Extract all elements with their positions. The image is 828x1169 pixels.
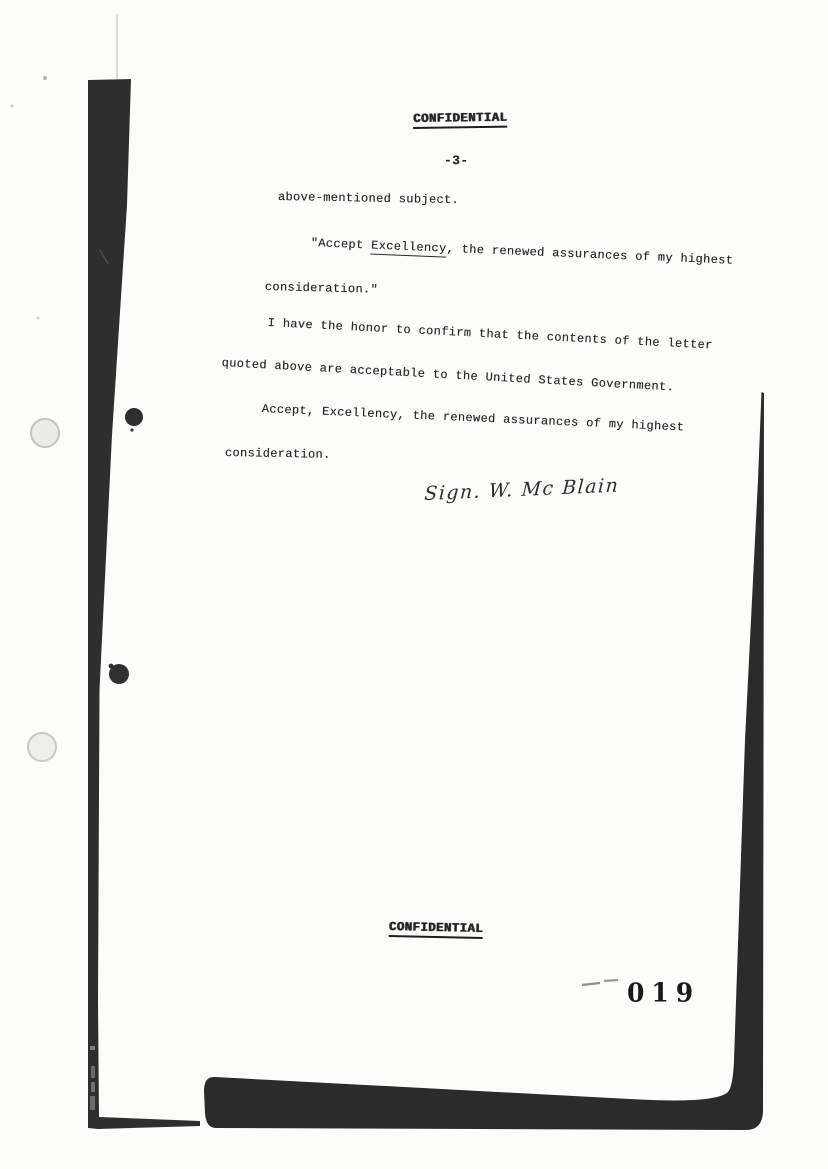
body-line: consideration." bbox=[265, 280, 379, 297]
body-line: consideration. bbox=[225, 446, 331, 462]
pencil-dash bbox=[582, 983, 600, 985]
scan-speck bbox=[37, 317, 40, 320]
scan-faint-line bbox=[116, 14, 118, 80]
scan-border-bottom-right bbox=[204, 392, 764, 1130]
scan-artifacts-layer bbox=[0, 0, 828, 1169]
handwritten-signature: Sign. W. Mc Blain bbox=[424, 474, 620, 505]
scanned-document-page: CONFIDENTIAL -3- above-mentioned subject… bbox=[0, 0, 828, 1169]
pencil-dash bbox=[604, 980, 618, 981]
scan-speck bbox=[11, 105, 14, 108]
scan-strip-marks bbox=[90, 1046, 95, 1110]
scan-scratch bbox=[100, 250, 108, 264]
body-line: Accept, Excellency, the renewed assuranc… bbox=[261, 402, 684, 434]
body-line: "Accept Excellency, the renewed assuranc… bbox=[310, 236, 733, 268]
classification-header: CONFIDENTIAL bbox=[413, 111, 507, 129]
scan-strip-left bbox=[88, 79, 200, 1129]
stamp-number: 019 bbox=[627, 977, 700, 1007]
ink-dot-top-speck bbox=[130, 428, 133, 431]
scan-speck bbox=[43, 76, 47, 80]
hole-punch-bottom bbox=[28, 733, 56, 761]
body-line: quoted above are acceptable to the Unite… bbox=[221, 356, 674, 394]
body-line-segment: , the renewed assurances of my highest bbox=[446, 242, 733, 268]
body-line-segment: "Accept bbox=[310, 236, 371, 253]
body-line-segment-underlined: Excellency bbox=[371, 239, 447, 258]
page-number: -3- bbox=[444, 153, 469, 168]
ink-dot-top bbox=[125, 408, 143, 426]
ink-dot-bottom bbox=[109, 664, 129, 684]
body-line: above-mentioned subject. bbox=[278, 190, 459, 207]
ink-dot-bottom-speck bbox=[109, 664, 114, 669]
body-line: I have the honor to confirm that the con… bbox=[267, 316, 713, 353]
classification-footer: CONFIDENTIAL bbox=[389, 920, 484, 939]
hole-punch-top bbox=[31, 419, 59, 447]
